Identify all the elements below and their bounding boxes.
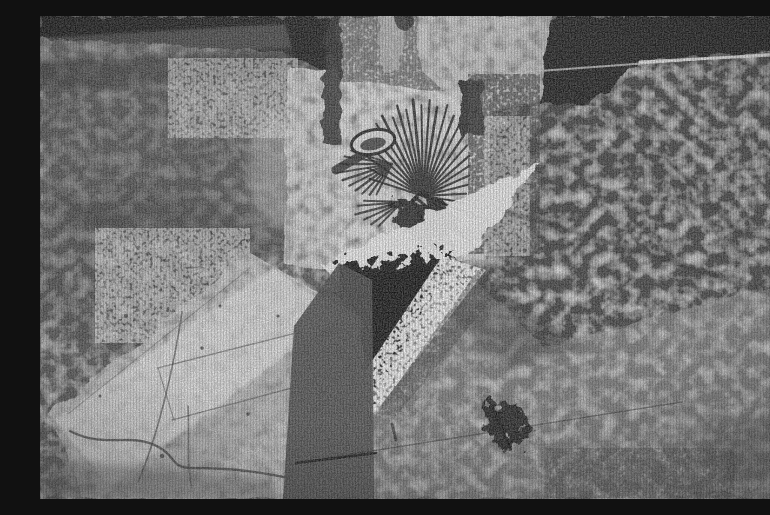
artwork-canvas bbox=[40, 16, 770, 499]
abstract-artwork-image bbox=[40, 16, 770, 499]
artwork-layers bbox=[40, 16, 770, 499]
layer-film-grain-light bbox=[40, 16, 770, 499]
